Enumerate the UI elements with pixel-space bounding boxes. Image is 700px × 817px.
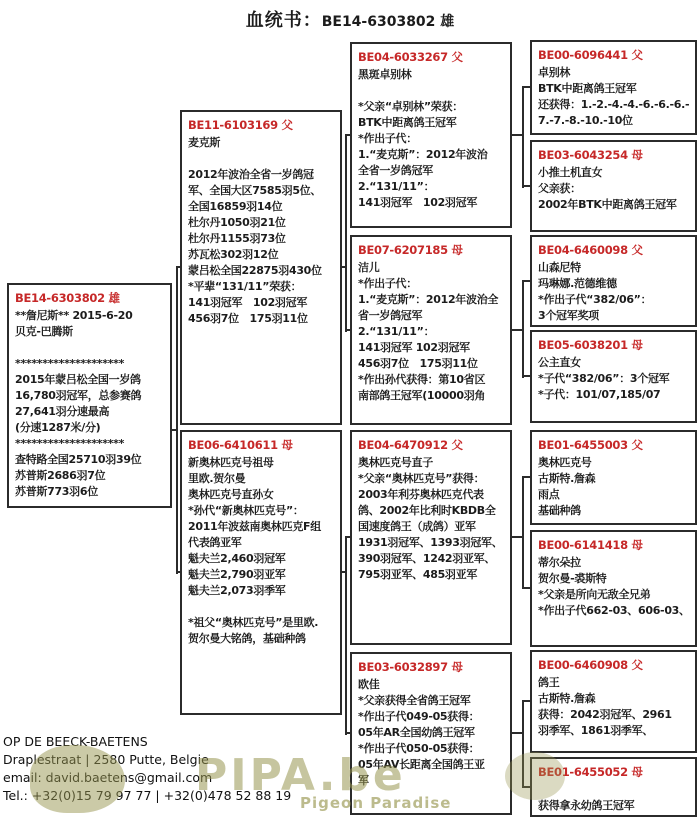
pedigree-text-line: *父亲“奥林匹克号”获得： (358, 471, 507, 487)
pedigree-text-line: 查特路全国25710羽39位 (15, 452, 167, 468)
pedigree-text-line: *作出子代049-05获得： (358, 709, 507, 725)
box-body-dam-sire-dam: 蒂尔朵拉贺尔曼-裘斯特*父亲是所向无敌全兄弟*作出子代662-03、606-03… (538, 555, 692, 619)
pedigree-box-dam-sire-sire: BE01-6455003 父 奥林匹克号古斯特.詹森雨点基础种鸽 (530, 430, 697, 525)
pedigree-text-line: 鸽王 (538, 675, 692, 691)
ring-number-dam-dam-sire: BE00-6460908 父 (538, 657, 692, 674)
pedigree-title-label: 血统书： (246, 10, 322, 31)
pedigree-text-line: 3个冠军奖项 (538, 308, 692, 324)
pedigree-text-line: 魁夫兰2,790羽亚军 (188, 567, 337, 583)
box-body-dam-dam-dam: 获得拿永幼鸽王冠军 (538, 782, 692, 814)
pedigree-box-dam-dam-dam: BE01-6455052 母 获得拿永幼鸽王冠军 (530, 757, 697, 817)
pedigree-text-line: 贺尔曼-裘斯特 (538, 571, 692, 587)
pedigree-box-sire-dam-dam: BE05-6038201 母 公主直女*子代“382/06”：3个冠军*子代：1… (530, 330, 697, 423)
ring-number-sire-sire-sire: BE00-6096441 父 (538, 47, 692, 64)
pedigree-text-line: 27,641羽分速最高 (15, 404, 167, 420)
pedigree-text-line: 蒂尔朵拉 (538, 555, 692, 571)
pedigree-text-line: 获得：2042羽冠军、2961 (538, 707, 692, 723)
ring-number-dam-sire: BE04-6470912 父 (358, 437, 507, 454)
pedigree-text-line: 杜尔丹1155羽73位 (188, 231, 337, 247)
pedigree-text-line: 苏普斯773羽6位 (15, 484, 167, 500)
ring-number-dam-sire-sire: BE01-6455003 父 (538, 437, 692, 454)
ring-number-sire: BE11-6103169 父 (188, 117, 337, 134)
pedigree-text-line: 141羽冠军 102羽冠军 (358, 195, 507, 211)
pedigree-text-line: 7.-7.-8.-10.-10位 (538, 113, 692, 129)
box-body-dam-sire: 奥林匹克号直子*父亲“奥林匹克号”获得：2003年利芬奥林匹克代表鸽、2002年… (358, 455, 507, 583)
connector-line (522, 280, 524, 378)
pedigree-text-line: 苏普斯2686羽7位 (15, 468, 167, 484)
pedigree-text-line: 456羽7位 175羽11位 (358, 356, 507, 372)
ring-number-dam-dam-dam: BE01-6455052 母 (538, 764, 692, 781)
connector-line (345, 134, 347, 332)
pedigree-text-line: 还获得：1.-2.-4.-4.-6.-6.-6.- (538, 97, 692, 113)
pedigree-text-line: 795羽亚军、485羽亚军 (358, 567, 507, 583)
pedigree-box-dam-dam: BE03-6032897 母 欧佳*父亲获得全省鸽王冠军*作出子代049-05获… (350, 652, 512, 815)
ring-number-dam-sire-dam: BE00-6141418 母 (538, 537, 692, 554)
pedigree-text-line: 羽季军、1861羽季军、 (538, 723, 692, 739)
ring-number-sire-dam: BE07-6207185 母 (358, 242, 507, 259)
pedigree-text-line: 山森尼特 (538, 260, 692, 276)
connector-line (345, 536, 347, 735)
pedigree-text-line: 麦克斯 (188, 135, 337, 151)
pedigree-text-line: 456羽7位 175羽11位 (188, 311, 337, 327)
pedigree-text-line: *祖父“奥林匹克号”是里欧. (188, 615, 337, 631)
pedigree-text-line: 1.“麦克斯”：2012年波治 (358, 147, 507, 163)
pedigree-text-line: 2012年波治全省一岁鸽冠 (188, 167, 337, 183)
pedigree-text-line: 军、全国大区7585羽5位、 (188, 183, 337, 199)
loft-address: Draplestraat | 2580 Putte, Belgie (3, 751, 291, 769)
pedigree-text-line: 卓别林 (538, 65, 692, 81)
connector-line (176, 266, 178, 574)
pedigree-box-subject: BE14-6303802 雄 **詹尼斯** 2015-6-20贝克-巴腾斯**… (7, 283, 172, 508)
pedigree-text-line: 2015年蒙吕松全国一岁鸽 (15, 372, 167, 388)
pedigree-text-line: 贺尔曼大铭鸽，基础种鸽 (188, 631, 337, 647)
pedigree-text-line: *作出子代： (358, 131, 507, 147)
pedigree-text-line: 军 (358, 773, 507, 789)
box-body-sire-dam: 洁儿*作出子代：1.“麦克斯”：2012年波治全省一岁鸽冠军2.“131/11”… (358, 260, 507, 404)
pedigree-text-line: 苏瓦松302羽12位 (188, 247, 337, 263)
box-body-sire-dam-sire: 山森尼特玛琳娜.范德维德*作出子代“382/06”：3个冠军奖项 (538, 260, 692, 324)
pedigree-text-line: ******************** (15, 436, 167, 452)
box-body-sire-sire-dam: 小推土机直女父亲获：2002年BTK中距离鸽王冠军 (538, 165, 692, 213)
pedigree-text-line: *孙代“新奥林匹克号”： (188, 503, 337, 519)
pedigree-box-sire: BE11-6103169 父 麦克斯2012年波治全省一岁鸽冠军、全国大区758… (180, 110, 342, 425)
pedigree-text-line: 贝克-巴腾斯 (15, 324, 167, 340)
pedigree-text-line: 基础种鸽 (538, 503, 692, 519)
pedigree-text-line: 黑斑卓别林 (358, 67, 507, 83)
pedigree-text-line (358, 83, 507, 99)
pedigree-text-line: *父亲是所向无敌全兄弟 (538, 587, 692, 603)
pedigree-text-line (188, 151, 337, 167)
pedigree-text-line: *作出子代662-03、606-03、 (538, 603, 692, 619)
pedigree-text-line: 南部鸽王冠军(10000羽角 (358, 388, 507, 404)
pedigree-text-line: 古斯特.詹森 (538, 471, 692, 487)
box-body-sire-dam-dam: 公主直女*子代“382/06”：3个冠军*子代：101/07,185/07 (538, 355, 692, 403)
pedigree-text-line: *子代：101/07,185/07 (538, 387, 692, 403)
pedigree-box-sire-sire-dam: BE03-6043254 母 小推土机直女父亲获：2002年BTK中距离鸽王冠军 (530, 140, 697, 232)
pedigree-text-line: 141羽冠军 102羽冠军 (358, 340, 507, 356)
pedigree-text-line (188, 599, 337, 615)
box-body-sire: 麦克斯2012年波治全省一岁鸽冠军、全国大区7585羽5位、全国16859羽14… (188, 135, 337, 327)
pedigree-text-line: 05年AV长距离全国鸽王亚 (358, 757, 507, 773)
pedigree-text-line: 洁儿 (358, 260, 507, 276)
connector-line (522, 86, 524, 188)
pedigree-text-line: 国速度鸽王（成鸽）亚军 (358, 519, 507, 535)
box-body-dam: 新奥林匹克号祖母里欧.贺尔曼奥林匹克号直孙女*孙代“新奥林匹克号”：2011年波… (188, 455, 337, 647)
connector-line (522, 700, 524, 788)
ring-number-subject: BE14-6303802 雄 (15, 290, 167, 307)
box-body-sire-sire: 黑斑卓别林*父亲“卓别林”荣获：BTK中距离鸽王冠军*作出子代：1.“麦克斯”：… (358, 67, 507, 211)
pedigree-text-line: *子代“382/06”：3个冠军 (538, 371, 692, 387)
pedigree-text-line: 2002年BTK中距离鸽王冠军 (538, 197, 692, 213)
pedigree-text-line: *作出孙代获得：第10省区 (358, 372, 507, 388)
pedigree-text-line (538, 782, 692, 798)
pedigree-text-line: 蒙吕松全国22875羽430位 (188, 263, 337, 279)
pedigree-text-line: 小推土机直女 (538, 165, 692, 181)
pedigree-text-line: *父亲“卓别林”荣获： (358, 99, 507, 115)
pedigree-box-sire-sire-sire: BE00-6096441 父 卓别林BTK中距离鸽王冠军还获得：1.-2.-4.… (530, 40, 697, 135)
ring-number-dam-dam: BE03-6032897 母 (358, 659, 507, 676)
box-body-subject: **詹尼斯** 2015-6-20贝克-巴腾斯*****************… (15, 308, 167, 500)
pedigree-text-line: 奥林匹克号直子 (358, 455, 507, 471)
pedigree-text-line: 390羽冠军、1242羽亚军、 (358, 551, 507, 567)
pedigree-text-line: 新奥林匹克号祖母 (188, 455, 337, 471)
box-body-dam-dam: 欧佳*父亲获得全省鸽王冠军*作出子代049-05获得：05年AR全国幼鸽王冠军*… (358, 677, 507, 789)
pedigree-text-line: 16,780羽冠军，总参赛鸽 (15, 388, 167, 404)
pedigree-text-line: *作出子代： (358, 276, 507, 292)
pedigree-text-line: *作出子代050-05获得： (358, 741, 507, 757)
ring-number-sire-sire: BE04-6033267 父 (358, 49, 507, 66)
ring-number-dam: BE06-6410611 母 (188, 437, 337, 454)
pedigree-text-line: 获得拿永幼鸽王冠军 (538, 798, 692, 814)
pedigree-text-line: 古斯特.詹森 (538, 691, 692, 707)
pedigree-title-ring: BE14-6303802 雄 (322, 14, 455, 30)
ring-number-sire-dam-dam: BE05-6038201 母 (538, 337, 692, 354)
pedigree-text-line: 全省一岁鸽冠军 (358, 163, 507, 179)
pedigree-text-line: 2003年利芬奥林匹克代表 (358, 487, 507, 503)
pedigree-text-line: 杜尔丹1050羽21位 (188, 215, 337, 231)
pedigree-text-line: 05年AR全国幼鸽王冠军 (358, 725, 507, 741)
pedigree-text-line: 里欧.贺尔曼 (188, 471, 337, 487)
box-body-sire-sire-sire: 卓别林BTK中距离鸽王冠军还获得：1.-2.-4.-4.-6.-6.-6.-7.… (538, 65, 692, 129)
pedigree-box-dam: BE06-6410611 母 新奥林匹克号祖母里欧.贺尔曼奥林匹克号直孙女*孙代… (180, 430, 342, 715)
pedigree-text-line: BTK中距离鸽王冠军 (538, 81, 692, 97)
pedigree-text-line: *平辈“131/11”荣获： (188, 279, 337, 295)
pedigree-text-line: 141羽冠军 102羽冠军 (188, 295, 337, 311)
pedigree-text-line: 雨点 (538, 487, 692, 503)
pedigree-text-line: 魁夫兰2,073羽季军 (188, 583, 337, 599)
pedigree-box-sire-dam: BE07-6207185 母 洁儿*作出子代：1.“麦克斯”：2012年波治全省… (350, 235, 512, 425)
pedigree-text-line: 玛琳娜.范德维德 (538, 276, 692, 292)
pedigree-text-line: 父亲获： (538, 181, 692, 197)
pedigree-box-dam-sire-dam: BE00-6141418 母 蒂尔朵拉贺尔曼-裘斯特*父亲是所向无敌全兄弟*作出… (530, 530, 697, 647)
page-title: 血统书：BE14-6303802 雄 (0, 6, 700, 32)
pedigree-box-dam-sire: BE04-6470912 父 奥林匹克号直子*父亲“奥林匹克号”获得：2003年… (350, 430, 512, 645)
pedigree-text-line: *父亲获得全省鸽王冠军 (358, 693, 507, 709)
pedigree-text-line: **詹尼斯** 2015-6-20 (15, 308, 167, 324)
pedigree-text-line: 奥林匹克号直孙女 (188, 487, 337, 503)
pedigree-text-line: BTK中距离鸽王冠军 (358, 115, 507, 131)
pedigree-text-line: 1931羽冠军、1393羽冠军、 (358, 535, 507, 551)
pedigree-text-line: 1.“麦克斯”：2012年波治全 (358, 292, 507, 308)
pedigree-text-line: 省一岁鸽冠军 (358, 308, 507, 324)
pedigree-text-line: 代表鸽亚军 (188, 535, 337, 551)
pedigree-text-line: 鸽、2002年比利时KBDB全 (358, 503, 507, 519)
pedigree-text-line: ******************** (15, 356, 167, 372)
pedigree-text-line: 欧佳 (358, 677, 507, 693)
loft-contact-info: OP DE BEECK-BAETENS Draplestraat | 2580 … (3, 733, 291, 806)
pedigree-text-line: 全国16859羽14位 (188, 199, 337, 215)
pedigree-box-dam-dam-sire: BE00-6460908 父 鸽王古斯特.詹森获得：2042羽冠军、2961羽季… (530, 650, 697, 753)
pedigree-text-line: 2.“131/11”： (358, 324, 507, 340)
pedigree-text-line (15, 340, 167, 356)
loft-phone: Tel.: +32(0)15 79 97 77 | +32(0)478 52 8… (3, 787, 291, 805)
ring-number-sire-sire-dam: BE03-6043254 母 (538, 147, 692, 164)
loft-email: email: david.baetens@gmail.com (3, 769, 291, 787)
ring-number-sire-dam-sire: BE04-6460098 父 (538, 242, 692, 259)
loft-name: OP DE BEECK-BAETENS (3, 733, 291, 751)
box-body-dam-dam-sire: 鸽王古斯特.詹森获得：2042羽冠军、2961羽季军、1861羽季军、 (538, 675, 692, 739)
pedigree-text-line: 奥林匹克号 (538, 455, 692, 471)
pedigree-box-sire-sire: BE04-6033267 父 黑斑卓别林*父亲“卓别林”荣获：BTK中距离鸽王冠… (350, 42, 512, 228)
box-body-dam-sire-sire: 奥林匹克号古斯特.詹森雨点基础种鸽 (538, 455, 692, 519)
pedigree-text-line: 公主直女 (538, 355, 692, 371)
pedigree-text-line: (分速1287米/分) (15, 420, 167, 436)
pedigree-text-line: 2011年波兹南奥林匹克F组 (188, 519, 337, 535)
pedigree-text-line: 魁夫兰2,460羽冠军 (188, 551, 337, 567)
pedigree-box-sire-dam-sire: BE04-6460098 父 山森尼特玛琳娜.范德维德*作出子代“382/06”… (530, 235, 697, 327)
pedigree-text-line: 2.“131/11”： (358, 179, 507, 195)
connector-line (522, 476, 524, 589)
pedigree-text-line: *作出子代“382/06”： (538, 292, 692, 308)
